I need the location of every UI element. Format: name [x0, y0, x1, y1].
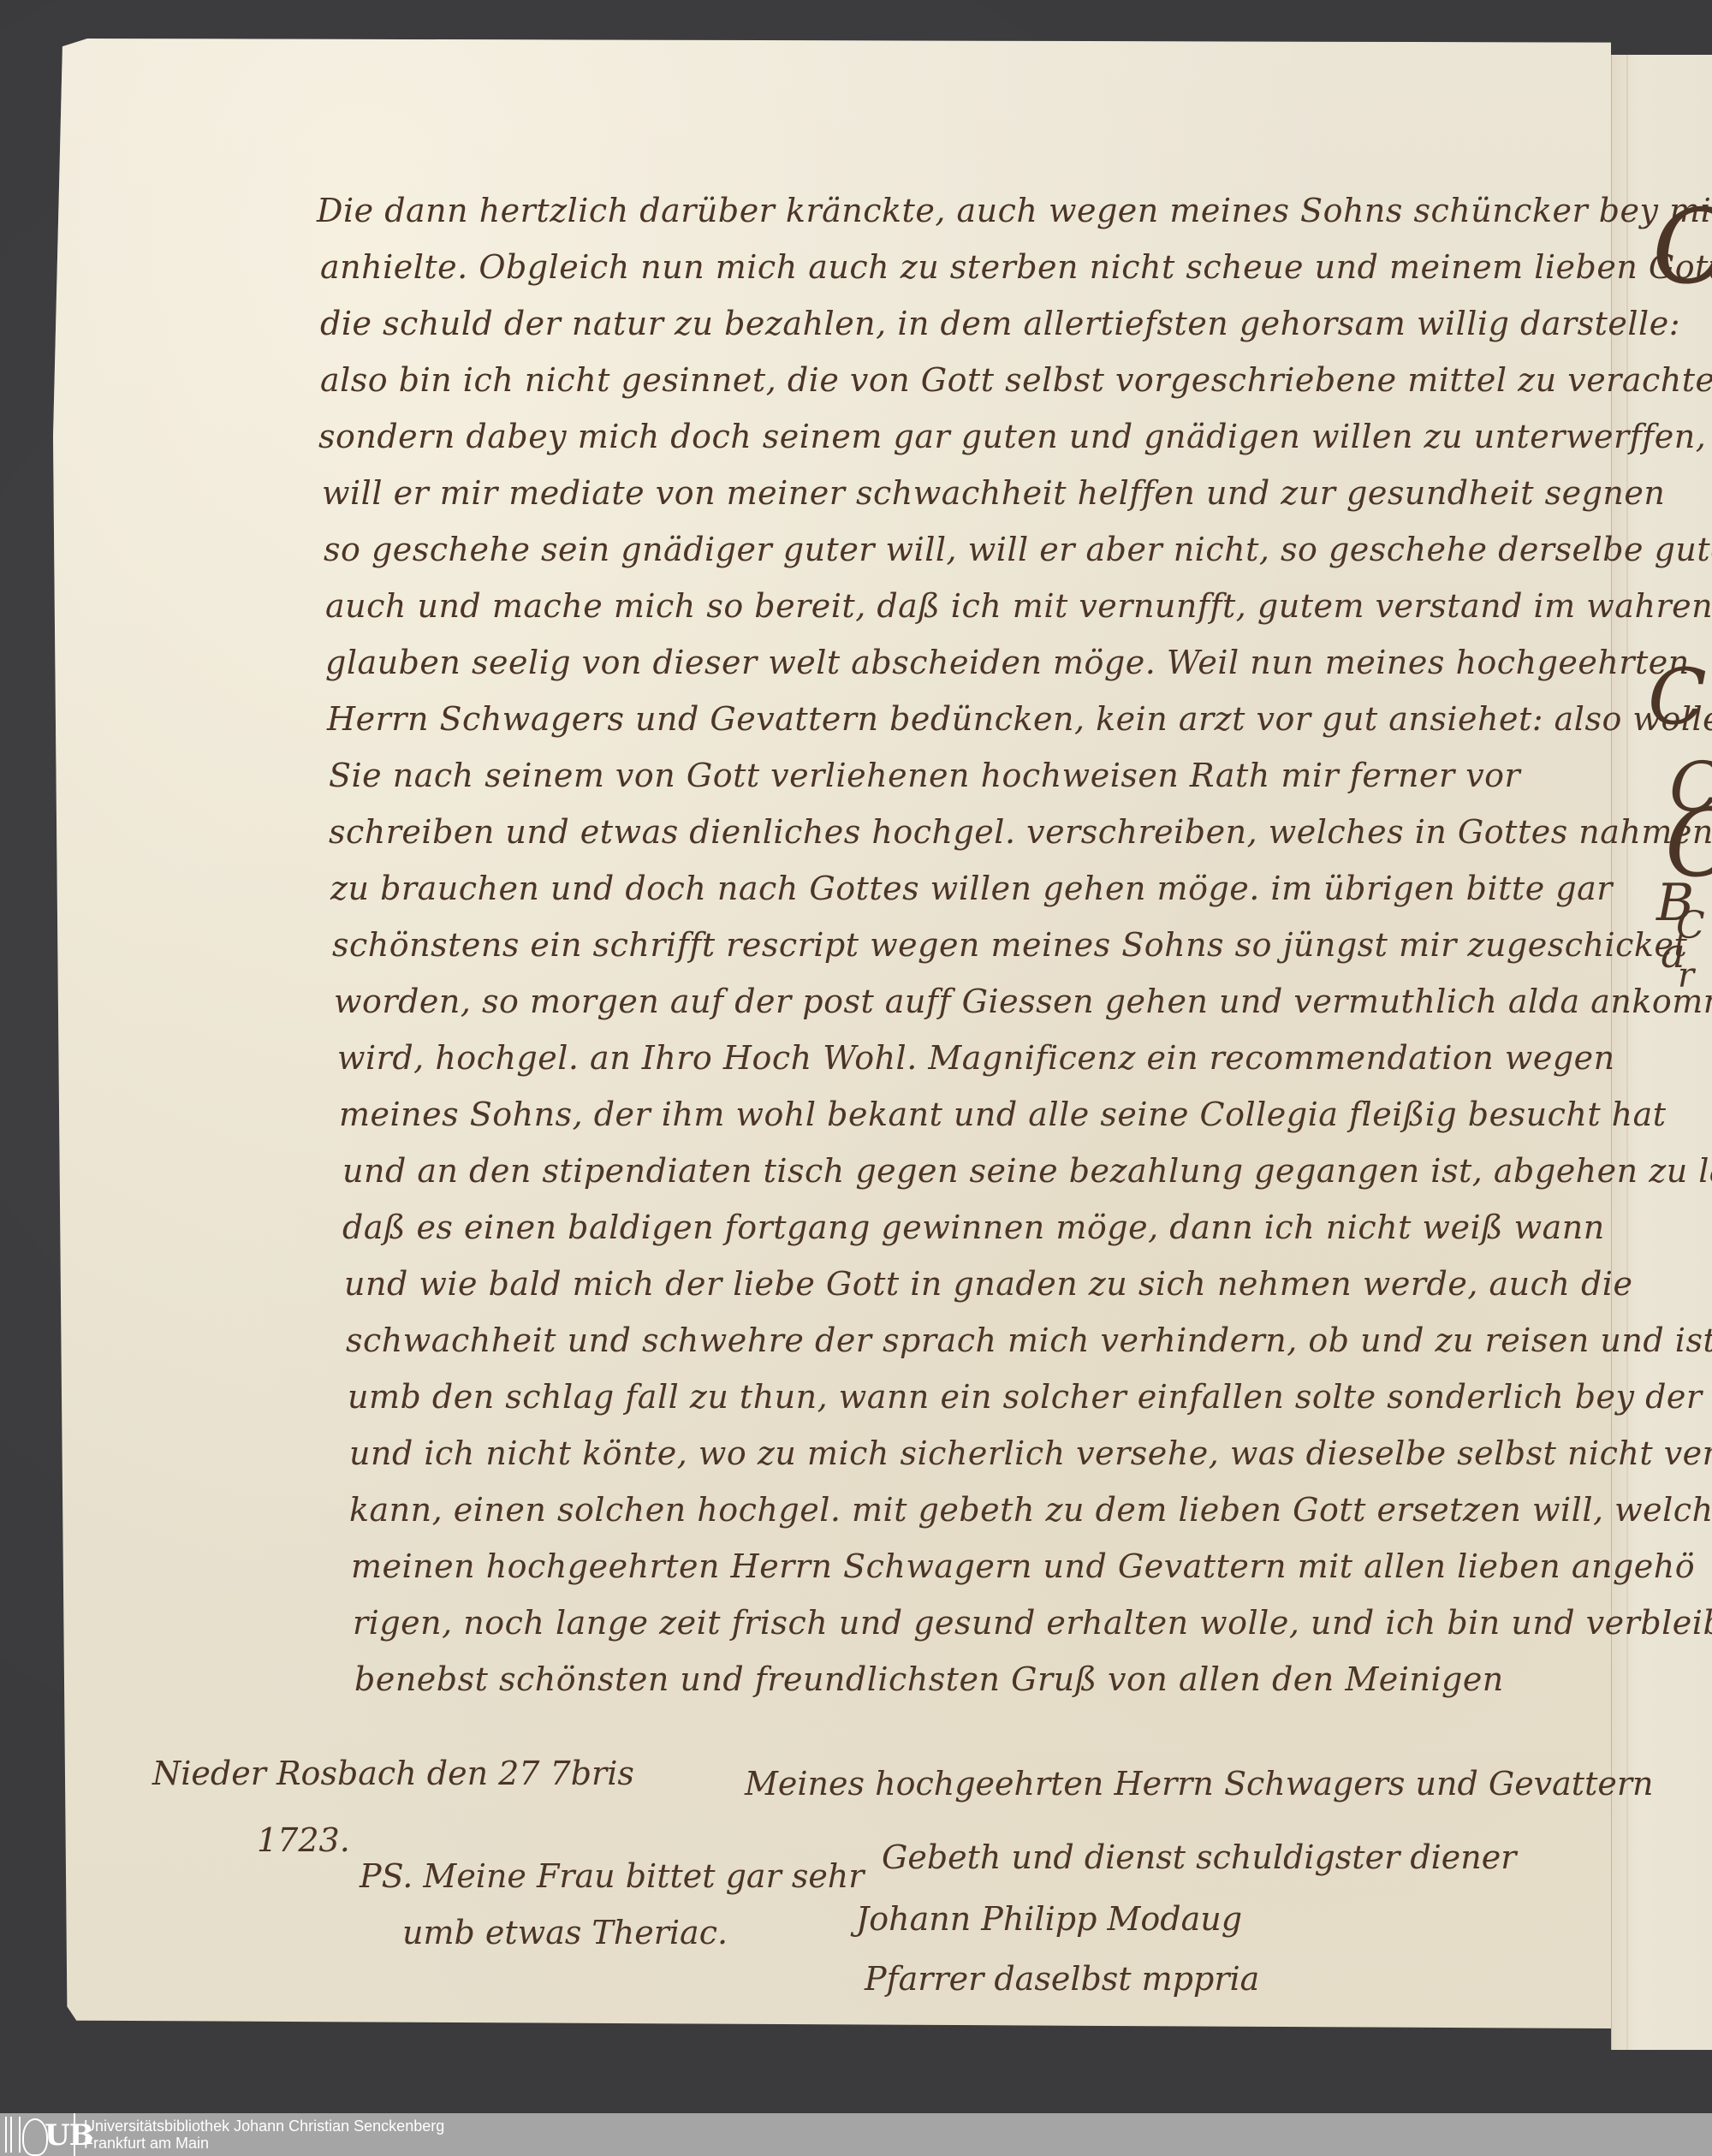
- closing-salutation: Meines hochgeehrten Herrn Schwagers und …: [745, 1765, 1653, 1803]
- place-date: Nieder Rosbach den 27 7bris: [152, 1755, 634, 1792]
- institution-name: Universitätsbibliothek Johann Christian …: [84, 2117, 444, 2135]
- book-icon: [5, 2117, 21, 2153]
- body-line: umb den schlag fall zu thun, wann ein so…: [348, 1368, 1712, 1426]
- body-line: benebst schönsten und freundlichsten Gru…: [354, 1650, 1504, 1708]
- body-line: rigen, noch lange zeit frisch und gesund…: [353, 1594, 1712, 1652]
- body-line: daß es einen baldigen fortgang gewinnen …: [342, 1198, 1605, 1256]
- body-line: anhielte. Obgleich nun mich auch zu ster…: [320, 238, 1712, 296]
- body-line: und ich nicht könte, wo zu mich sicherli…: [349, 1424, 1712, 1482]
- logo-text: UB: [45, 2118, 92, 2153]
- postscript-line: umb etwas Theriac.: [402, 1914, 728, 1951]
- body-line: Die dann hertzlich darüber kränckte, auc…: [317, 181, 1712, 240]
- body-line: wird, hochgel. an Ihro Hoch Wohl. Magnif…: [337, 1029, 1615, 1087]
- body-line: auch und mache mich so bereit, daß ich m…: [325, 577, 1712, 635]
- body-line: zu brauchen und doch nach Gottes willen …: [330, 859, 1613, 918]
- closing-service: Gebeth und dienst schuldigster diener: [882, 1838, 1516, 1876]
- body-line: Herrn Schwagers und Gevattern bedüncken,…: [327, 690, 1712, 748]
- library-banner: UB Universitätsbibliothek Johann Christi…: [0, 2113, 1712, 2156]
- body-line: schwachheit und schwehre der sprach mich…: [346, 1311, 1712, 1369]
- body-line: so geschehe sein gnädiger guter will, wi…: [324, 520, 1712, 579]
- body-line: Sie nach seinem von Gott verliehenen hoc…: [329, 746, 1520, 805]
- body-line: die schuld der natur zu bezahlen, in dem…: [320, 294, 1680, 353]
- body-line: schreiben und etwas dienliches hochgel. …: [329, 803, 1712, 861]
- body-line: worden, so morgen auf der post auff Gies…: [334, 972, 1712, 1030]
- body-line: schönstens ein schrifft rescript wegen m…: [332, 916, 1687, 974]
- body-line: und wie bald mich der liebe Gott in gnad…: [344, 1255, 1632, 1313]
- body-line: will er mir mediate von meiner schwachhe…: [322, 464, 1665, 522]
- body-line: glauben seelig von dieser welt abscheide…: [325, 633, 1690, 692]
- signature-title: Pfarrer daselbst mppria: [865, 1960, 1259, 1998]
- body-line: und an den stipendiaten tisch gegen sein…: [342, 1142, 1712, 1200]
- body-line: meinen hochgeehrten Herrn Schwagern und …: [351, 1537, 1695, 1595]
- ub-logo: UB: [3, 2113, 75, 2156]
- institution-location: Frankfurt am Main: [84, 2135, 444, 2152]
- postscript-line: PS. Meine Frau bittet gar sehr: [360, 1857, 864, 1895]
- body-line: kann, einen solchen hochgel. mit gebeth …: [349, 1481, 1712, 1539]
- signature-name: Johann Philipp Modaug: [856, 1900, 1242, 1938]
- year: 1723.: [257, 1821, 350, 1859]
- body-line: also bin ich nicht gesinnet, die von Got…: [320, 351, 1712, 409]
- body-line: sondern dabey mich doch seinem gar guten…: [318, 407, 1706, 466]
- body-line: meines Sohns, der ihm wohl bekant und al…: [339, 1085, 1667, 1143]
- banner-text: Universitätsbibliothek Johann Christian …: [84, 2117, 444, 2152]
